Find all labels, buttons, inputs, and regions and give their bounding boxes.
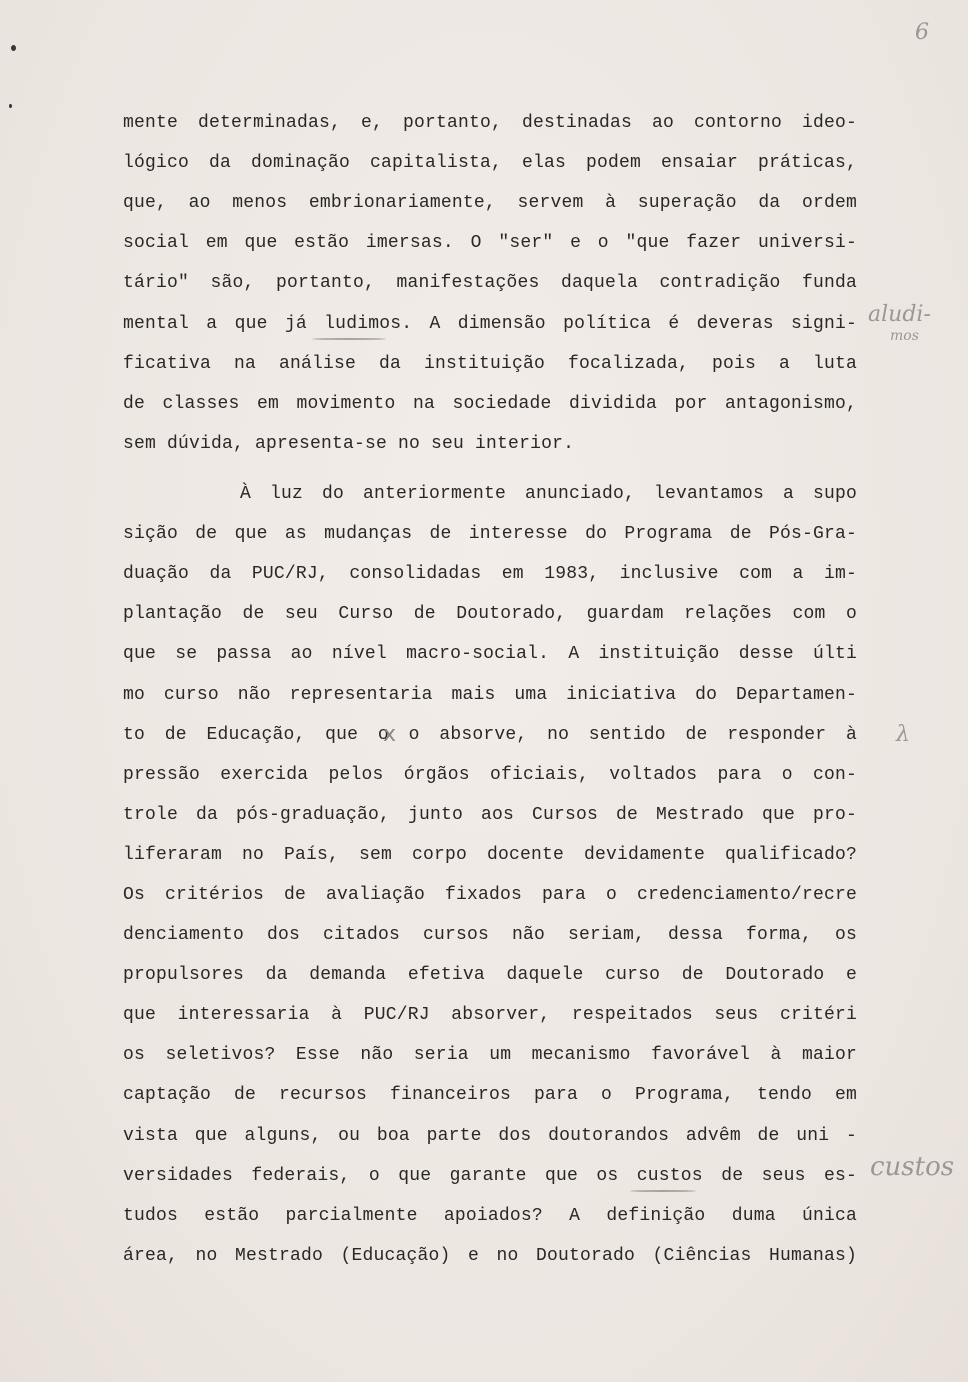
text-line: que, ao menos embrionariamente, servem à… (123, 192, 857, 214)
text-line: Os critérios de avaliação fixados para o… (123, 884, 857, 906)
text-line: tário" são, portanto, manifestações daqu… (123, 272, 857, 294)
text-line: sem dúvida, apresenta-se no seu interior… (123, 433, 574, 455)
page-number: 6 (915, 20, 929, 45)
text-line: plantação de seu Curso de Doutorado, gua… (123, 603, 857, 625)
text-line: to de Educação, que o o absorve, no sent… (123, 724, 857, 746)
text-line: denciamento dos citados cursos não seria… (123, 924, 857, 946)
text-line: que se passa ao nível macro-social. A in… (123, 643, 857, 665)
paper-speck (11, 45, 16, 51)
text-line: lógico da dominação capitalista, elas po… (123, 152, 857, 174)
margin-note-aludimos-cont: mos (890, 328, 919, 344)
text-line: À luz do anteriormente anunciado, levant… (240, 483, 857, 505)
text-line: de classes em movimento na sociedade div… (123, 393, 857, 415)
document-page: 6 mente determinadas, e, portanto, desti… (0, 0, 968, 1382)
paper-speck (9, 104, 12, 108)
margin-insert-mark: λ (896, 722, 910, 747)
pencil-underline-custos (630, 1190, 696, 1192)
text-line: ficativa na análise da instituição focal… (123, 353, 857, 375)
text-line: trole da pós-graduação, junto aos Cursos… (123, 804, 857, 826)
text-line: os seletivos? Esse não seria um mecanism… (123, 1044, 857, 1066)
text-line: mente determinadas, e, portanto, destina… (123, 112, 857, 134)
text-line: pressão exercida pelos órgãos oficiais, … (123, 764, 857, 786)
text-line: versidades federais, o que garante que o… (123, 1165, 857, 1187)
text-line: social em que estão imersas. O "ser" e o… (123, 232, 857, 254)
text-line: mental a que já ludimos. A dimensão polí… (123, 313, 857, 335)
text-line: duação da PUC/RJ, consolidadas em 1983, … (123, 563, 857, 585)
pencil-underline-ludimos (312, 338, 386, 340)
text-line: que interessaria à PUC/RJ absorver, resp… (123, 1004, 857, 1026)
text-line: tudos estão parcialmente apoiados? A def… (123, 1205, 857, 1227)
text-line: vista que alguns, ou boa parte dos douto… (123, 1125, 857, 1147)
text-line: mo curso não representaria mais uma inic… (123, 684, 857, 706)
margin-note-aludimos: aludi- (868, 302, 931, 327)
text-line: área, no Mestrado (Educação) e no Doutor… (123, 1245, 857, 1267)
text-line: captação de recursos financeiros para o … (123, 1084, 857, 1106)
text-line: propulsores da demanda efetiva daquele c… (123, 964, 857, 986)
text-line: liferaram no País, sem corpo docente dev… (123, 844, 857, 866)
strike-x-mark: x (383, 722, 396, 747)
text-line: sição de que as mudanças de interesse do… (123, 523, 857, 545)
margin-note-custos: custos (870, 1152, 954, 1182)
